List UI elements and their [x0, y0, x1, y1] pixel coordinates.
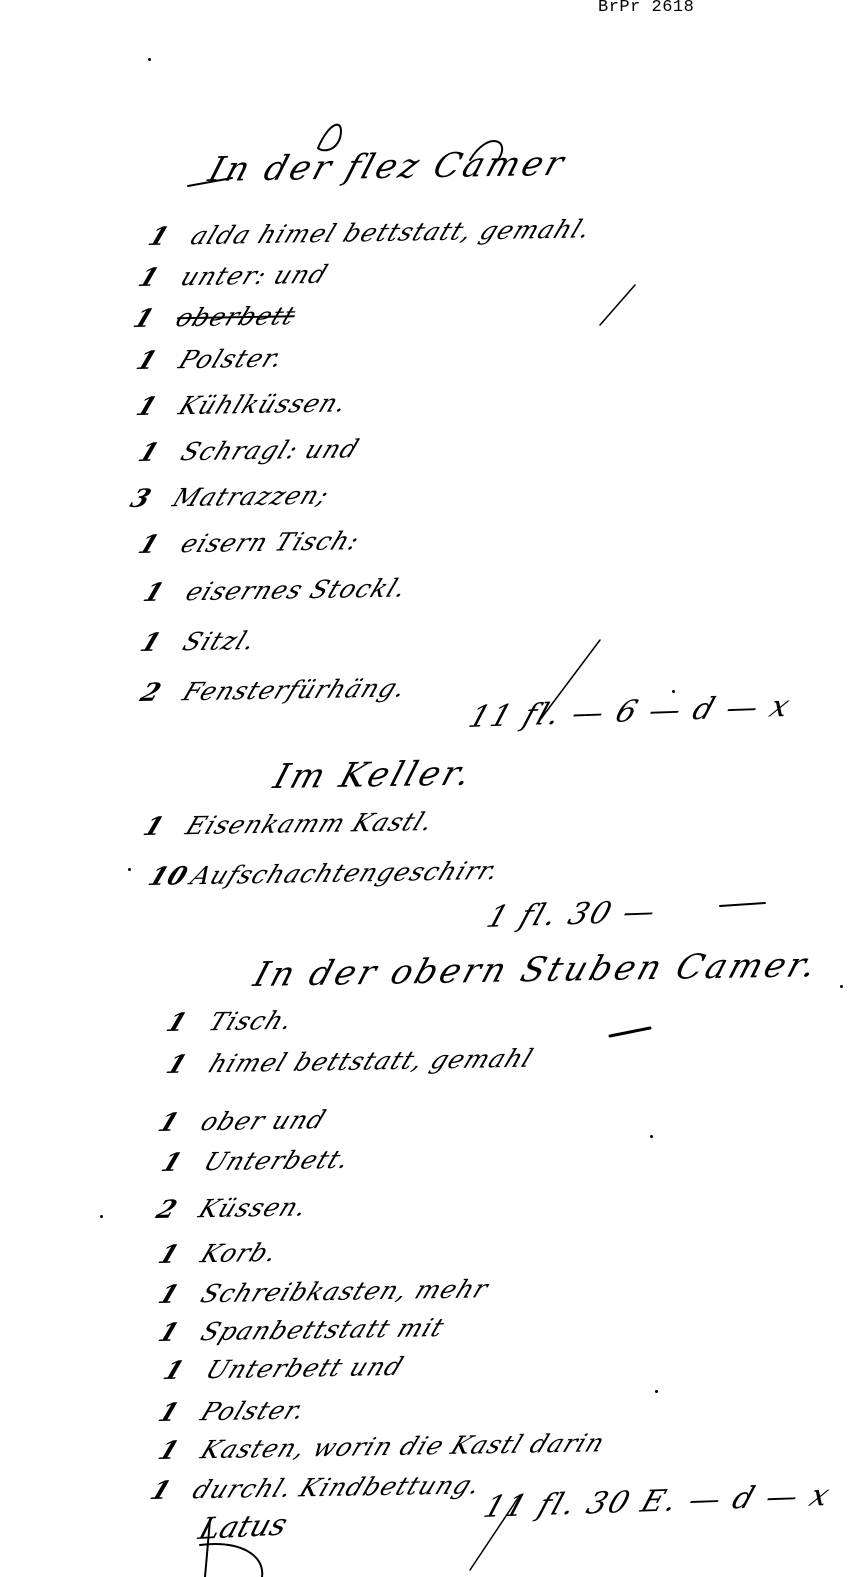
item-text: Schreibkasten, mehr: [197, 1274, 493, 1308]
section-subtotal: 11 fl. — 6 — d — x: [464, 689, 796, 735]
item-text: himel bettstatt, gemahl: [205, 1044, 538, 1079]
list-item: 1durchl. Kindbettung.: [146, 1470, 485, 1505]
item-text: unter: und: [177, 260, 333, 292]
item-text: Unterbett und: [202, 1352, 409, 1384]
scan-speck: [672, 690, 675, 693]
list-item: 1ober und: [154, 1105, 330, 1137]
slash-stroke: [610, 1028, 650, 1036]
list-item: 2Küssen.: [152, 1192, 312, 1224]
list-item: 1Eisenkamm Kastl.: [139, 807, 438, 841]
item-text: eisern Tisch:: [177, 526, 365, 558]
item-text: Korb.: [197, 1238, 283, 1268]
item-text: Eisenkamm Kastl.: [182, 807, 439, 840]
item-text: Fensterfürhäng.: [179, 673, 412, 706]
item-text: Sitzl.: [179, 626, 261, 656]
list-item: 1Polster.: [132, 343, 288, 375]
list-item: 1oberbett: [129, 301, 300, 333]
list-item: 1Tisch.: [162, 1006, 298, 1037]
archive-reference: BrPr 2618: [598, 0, 694, 16]
list-item: 1himel bettstatt, gemahl: [162, 1044, 537, 1079]
list-item: 2Fensterfürhäng.: [136, 673, 411, 707]
latus-signature: Latus: [195, 1508, 292, 1547]
item-text: Küssen.: [195, 1192, 313, 1223]
section-heading-obern-stuben-camer: In der obern Stuben Camer.: [249, 945, 824, 995]
scan-speck: [128, 868, 131, 871]
item-text: Matrazzen;: [169, 481, 334, 513]
item-text: durchl. Kindbettung.: [189, 1470, 486, 1504]
scan-speck: [100, 1215, 103, 1218]
section-heading-flez-camer: In der flez Camer: [204, 144, 572, 190]
item-text: Schragl: und: [177, 434, 364, 466]
item-text: Aufschachtengeschirr.: [187, 856, 504, 890]
list-item: 1eisernes Stockl.: [139, 573, 411, 607]
scan-speck: [840, 985, 843, 988]
scan-speck: [650, 1135, 653, 1138]
list-item: 3Matrazzen;: [126, 481, 334, 513]
list-item: 1Kasten, worin die Kastl darin: [154, 1428, 609, 1465]
dash-stroke: [720, 903, 765, 906]
item-text-struck: oberbett: [172, 301, 301, 332]
list-item: 1Korb.: [154, 1238, 282, 1269]
section-heading-keller: Im Keller.: [269, 754, 479, 797]
list-item: 1Unterbett.: [157, 1145, 354, 1177]
list-item: 1eisern Tisch:: [134, 526, 364, 559]
document-page: BrPr 2618 In der flez Camer 1alda himel …: [0, 0, 848, 1577]
list-item: 1Unterbett und: [159, 1352, 408, 1385]
list-item: 1Schreibkasten, mehr: [154, 1274, 493, 1309]
item-text: Spanbettstatt mit: [197, 1313, 449, 1346]
list-item: 1Polster.: [154, 1395, 310, 1427]
item-text: Kühlküssen.: [175, 388, 352, 420]
scan-speck: [148, 58, 151, 61]
slash-stroke: [600, 285, 635, 325]
list-item: 1alda himel bettstatt, gemahl.: [144, 214, 596, 251]
section-subtotal: 11 fl. 30 E. — d — x: [479, 1478, 836, 1525]
item-text: Kasten, worin die Kastl darin: [197, 1428, 610, 1464]
item-text: Polster.: [197, 1395, 311, 1426]
item-text: Unterbett.: [200, 1145, 355, 1176]
list-item: 10Aufschachtengeschirr.: [144, 856, 504, 891]
list-item: 1Spanbettstatt mit: [154, 1313, 449, 1347]
list-item: 1Schragl: und: [134, 434, 363, 467]
item-text: Tisch.: [205, 1006, 298, 1036]
section-subtotal: 1 fl. 30 —: [482, 894, 662, 935]
scan-speck: [655, 1390, 658, 1393]
item-text: alda himel bettstatt, gemahl.: [187, 214, 596, 250]
item-text: Polster.: [175, 343, 289, 374]
list-item: 1Sitzl.: [136, 626, 260, 657]
loop-flourish: [318, 125, 341, 151]
list-item: 1Kühlküssen.: [132, 388, 352, 421]
item-text: ober und: [197, 1105, 331, 1136]
item-text: eisernes Stockl.: [182, 573, 412, 606]
closing-loop: [200, 1544, 262, 1577]
list-item: 1unter: und: [134, 260, 332, 292]
